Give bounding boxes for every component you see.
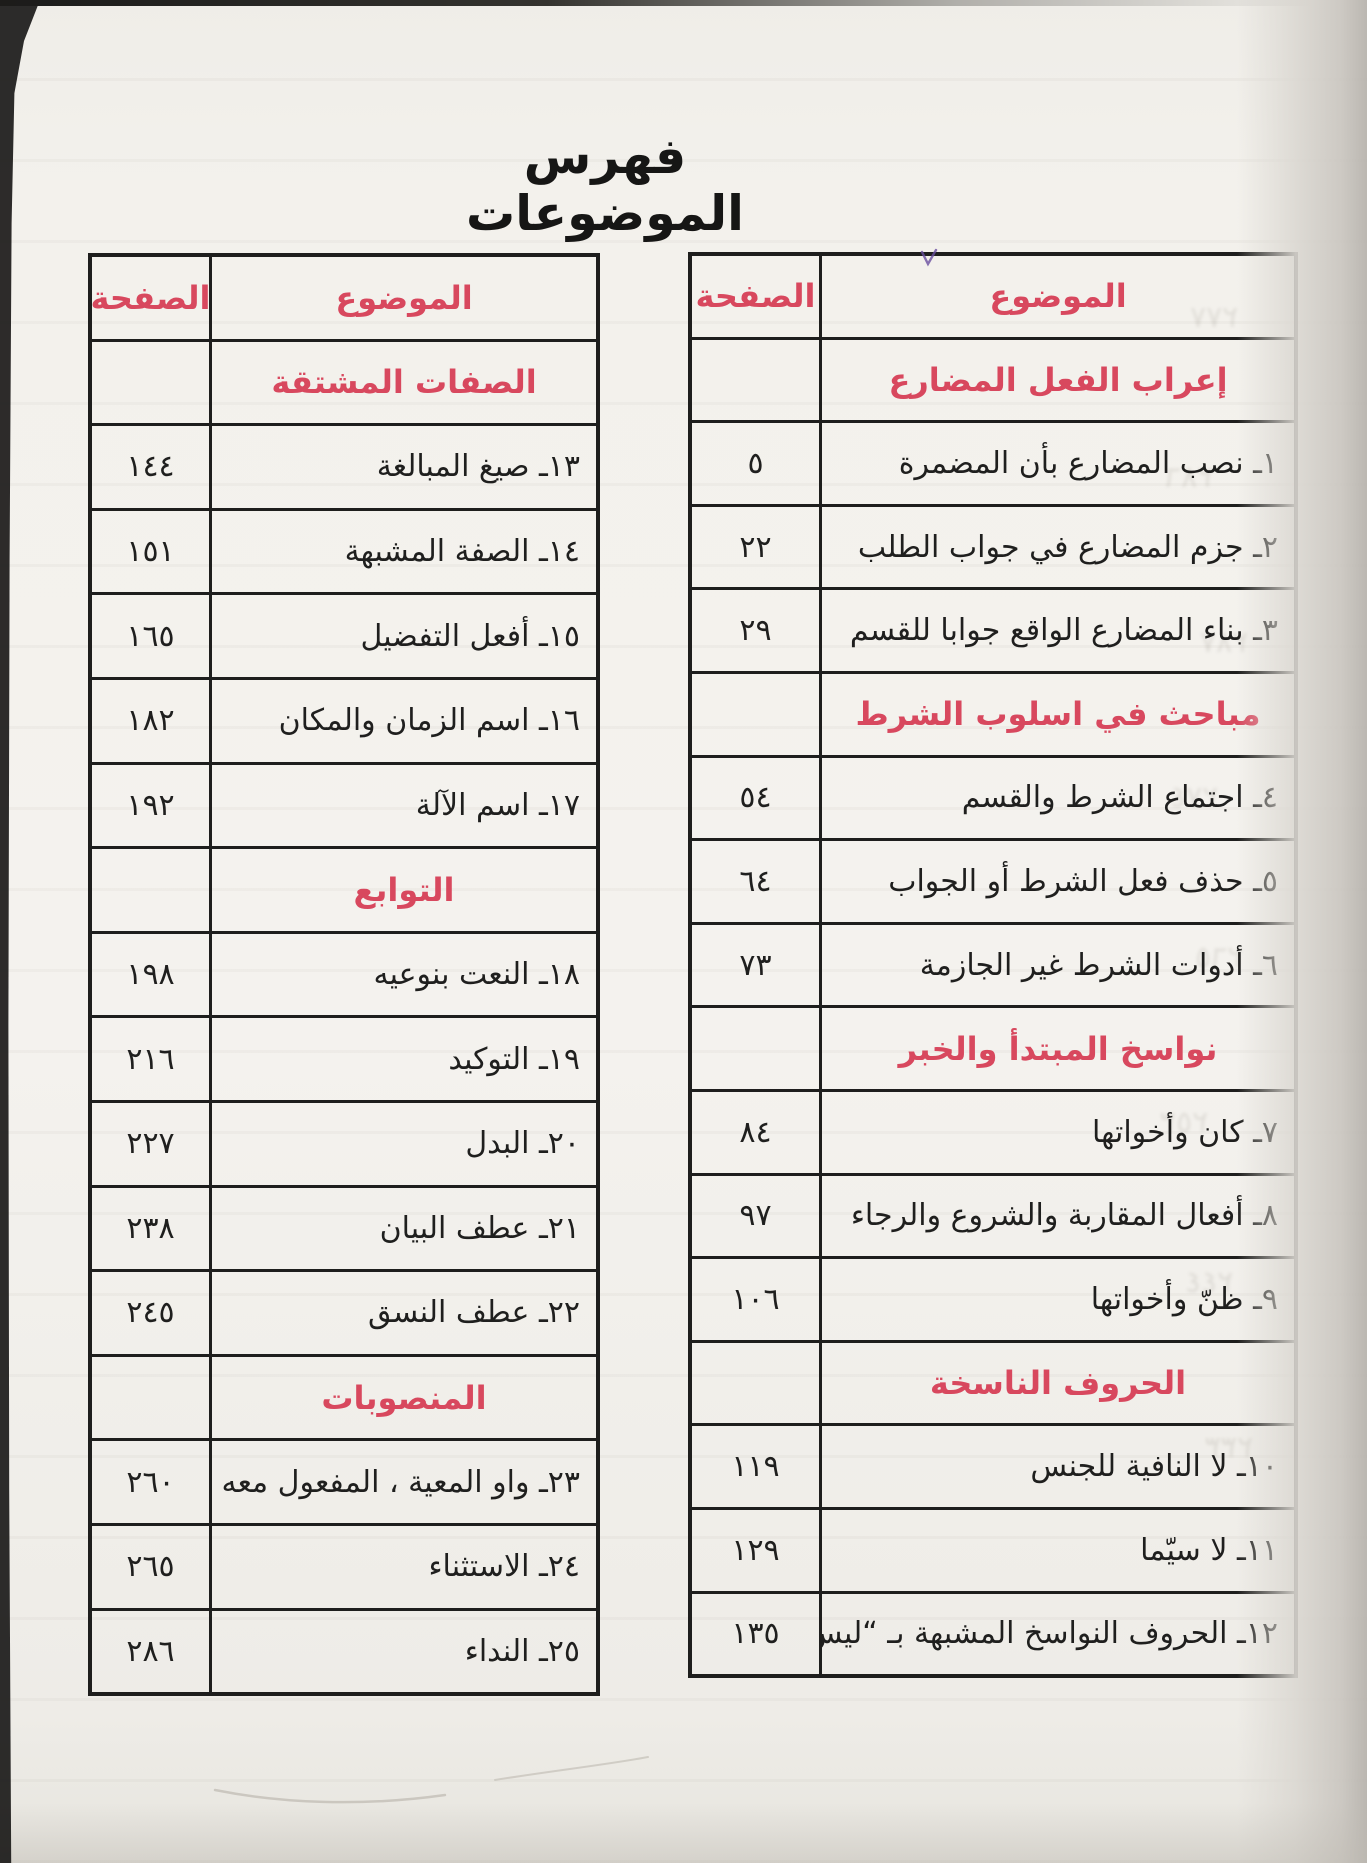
toc-row: ٢١ـ عطف البيان ٢٣٨ xyxy=(92,1185,596,1270)
page-number: ٩٧ xyxy=(739,1198,771,1233)
section-row: نواسخ المبتدأ والخبر xyxy=(692,1005,1294,1089)
page-number: ١٩٢ xyxy=(126,788,174,823)
toc-row: ١٤ـ الصفة المشبهة ١٥١ xyxy=(92,508,596,593)
page-number: ٥ xyxy=(747,446,763,481)
topic-header: الموضوع xyxy=(335,279,472,317)
pen-mark xyxy=(918,246,940,270)
toc-entry: ٢٤ـ الاستثناء xyxy=(428,1549,580,1584)
page-number: ٦٤ xyxy=(739,864,771,899)
toc-entry: ١٣ـ صيغ المبالغة xyxy=(377,449,580,484)
toc-entry: ١٢ـ الحروف النواسخ المشبهة بـ “ليس” xyxy=(819,1616,1278,1651)
toc-row: ١٢ـ الحروف النواسخ المشبهة بـ “ليس” ١٣٥ xyxy=(692,1591,1294,1675)
toc-entry: ٢١ـ عطف البيان xyxy=(380,1211,580,1246)
toc-entry: ٩ـ ظنّ وأخواتها xyxy=(1091,1282,1278,1317)
page-number: ١٨٢ xyxy=(126,703,174,738)
page-number: ٥٤ xyxy=(739,780,771,815)
page-header: الصفحة xyxy=(695,277,815,315)
page-header: الصفحة xyxy=(92,279,209,317)
toc-row: ٢ـ جزم المضارع في جواب الطلب ٢٢ xyxy=(692,504,1294,588)
toc-row: ٢٤ـ الاستثناء ٢٦٥ xyxy=(92,1523,596,1608)
toc-entry: ١٠ـ لا النافية للجنس xyxy=(1030,1449,1278,1484)
page-number: ١٥١ xyxy=(126,534,174,569)
toc-table-left: الموضوع الصفحة الصفات المشتقة ١٣ـ صيغ ال… xyxy=(88,253,600,1696)
section-title: الصفات المشتقة xyxy=(271,363,536,401)
toc-entry: ٦ـ أدوات الشرط غير الجازمة xyxy=(920,948,1278,983)
topic-header-cell: الموضوع xyxy=(819,256,1294,337)
page-number: ١٩٨ xyxy=(126,957,174,992)
toc-row: ١٩ـ التوكيد ٢١٦ xyxy=(92,1015,596,1100)
toc-entry: ٢٥ـ النداء xyxy=(465,1634,580,1669)
toc-entry: ١٨ـ النعت بنوعيه xyxy=(374,957,581,992)
toc-entry: ١ـ نصب المضارع بأن المضمرة xyxy=(899,446,1278,481)
toc-row: ١١ـ لا سيّما ١٢٩ xyxy=(692,1507,1294,1591)
toc-entry: ١٦ـ اسم الزمان والمكان xyxy=(279,703,580,738)
page-number: ١٢٩ xyxy=(731,1533,779,1568)
page-number: ١٦٥ xyxy=(126,619,174,654)
section-row: إعراب الفعل المضارع xyxy=(692,337,1294,421)
toc-entry: ٢٢ـ عطف النسق xyxy=(368,1295,580,1330)
toc-row: ٢٠ـ البدل ٢٢٧ xyxy=(92,1100,596,1185)
section-title: المنصوبات xyxy=(321,1379,486,1417)
scanned-book-page: ٢٧٧ ٢٨٦ ٢٨٧ ٢٧٤ ٢٦٥ ٢٥٣ ٢٤٤ ٢٣٣ فهرس الم… xyxy=(0,0,1367,1863)
toc-row: ٤ـ اجتماع الشرط والقسم ٥٤ xyxy=(692,755,1294,839)
toc-row: ٩ـ ظنّ وأخواتها ١٠٦ xyxy=(692,1256,1294,1340)
page-number: ٧٣ xyxy=(739,948,771,983)
topic-header: الموضوع xyxy=(989,277,1126,315)
section-title: الحروف الناسخة xyxy=(930,1364,1186,1402)
section-row: مباحث في اسلوب الشرط xyxy=(692,671,1294,755)
section-title: مباحث في اسلوب الشرط xyxy=(856,695,1261,733)
page-number: ١٤٤ xyxy=(126,449,174,484)
page-number: ٢١٦ xyxy=(126,1042,174,1077)
section-row: الحروف الناسخة xyxy=(692,1340,1294,1424)
section-row: المنصوبات xyxy=(92,1354,596,1439)
toc-row: ٥ـ حذف فعل الشرط أو الجواب ٦٤ xyxy=(692,838,1294,922)
page-number: ٨٤ xyxy=(739,1115,771,1150)
toc-entry: ٢ـ جزم المضارع في جواب الطلب xyxy=(858,530,1278,565)
toc-entry: ٢٠ـ البدل xyxy=(465,1126,580,1161)
toc-row: ١٣ـ صيغ المبالغة ١٤٤ xyxy=(92,423,596,508)
section-title: التوابع xyxy=(354,871,455,909)
scan-top-edge xyxy=(0,0,1367,6)
toc-entry: ٨ـ أفعال المقاربة والشروع والرجاء xyxy=(851,1198,1278,1233)
page-header-cell: الصفحة xyxy=(92,257,209,339)
section-title: إعراب الفعل المضارع xyxy=(888,361,1227,399)
header-row: الموضوع الصفحة xyxy=(692,256,1294,337)
pencil-stroke xyxy=(100,1735,660,1855)
page-number: ١١٩ xyxy=(731,1449,779,1484)
toc-row: ٨ـ أفعال المقاربة والشروع والرجاء ٩٧ xyxy=(692,1173,1294,1257)
toc-row: ٣ـ بناء المضارع الواقع جوابا للقسم ٢٩ xyxy=(692,587,1294,671)
toc-entry: ١٤ـ الصفة المشبهة xyxy=(345,534,580,569)
toc-entry: ٣ـ بناء المضارع الواقع جوابا للقسم xyxy=(850,613,1278,648)
page-number: ٢٣٨ xyxy=(126,1211,174,1246)
toc-entry: ١٧ـ اسم الآلة xyxy=(416,788,580,823)
page-number: ١٣٥ xyxy=(731,1616,779,1651)
section-row: التوابع xyxy=(92,846,596,931)
header-row: الموضوع الصفحة xyxy=(92,257,596,339)
toc-row: ١٦ـ اسم الزمان والمكان ١٨٢ xyxy=(92,677,596,762)
page-header-cell: الصفحة xyxy=(692,256,819,337)
toc-row: ١٠ـ لا النافية للجنس ١١٩ xyxy=(692,1423,1294,1507)
toc-row: ١٧ـ اسم الآلة ١٩٢ xyxy=(92,762,596,847)
toc-entry: ٤ـ اجتماع الشرط والقسم xyxy=(962,780,1278,815)
toc-row: ٢٢ـ عطف النسق ٢٤٥ xyxy=(92,1269,596,1354)
page-number: ٢٢ xyxy=(739,530,771,565)
toc-entry: ١٩ـ التوكيد xyxy=(448,1042,580,1077)
page-number: ٢٢٧ xyxy=(126,1126,174,1161)
topic-header-cell: الموضوع xyxy=(209,257,596,339)
scan-left-edge xyxy=(0,0,40,1863)
section-title: نواسخ المبتدأ والخبر xyxy=(899,1030,1218,1068)
page-number: ٢٦٠ xyxy=(126,1465,174,1500)
toc-row: ١٥ـ أفعل التفضيل ١٦٥ xyxy=(92,592,596,677)
toc-entry: ٥ـ حذف فعل الشرط أو الجواب xyxy=(888,864,1278,899)
page-number: ٢٦٥ xyxy=(126,1549,174,1584)
toc-row: ٢٣ـ واو المعية ، المفعول معه ٢٦٠ xyxy=(92,1438,596,1523)
toc-row: ١٨ـ النعت بنوعيه ١٩٨ xyxy=(92,931,596,1016)
page-number: ٢٤٥ xyxy=(126,1295,174,1330)
page-number: ٢٨٦ xyxy=(126,1634,174,1669)
page-number: ١٠٦ xyxy=(731,1282,779,1317)
toc-entry: ١٥ـ أفعل التفضيل xyxy=(361,619,580,654)
toc-entry: ٧ـ كان وأخواتها xyxy=(1092,1115,1278,1150)
toc-entry: ١١ـ لا سيّما xyxy=(1140,1533,1278,1568)
toc-row: ١ـ نصب المضارع بأن المضمرة ٥ xyxy=(692,420,1294,504)
toc-row: ٦ـ أدوات الشرط غير الجازمة ٧٣ xyxy=(692,922,1294,1006)
toc-entry: ٢٣ـ واو المعية ، المفعول معه xyxy=(221,1465,580,1500)
toc-row: ٧ـ كان وأخواتها ٨٤ xyxy=(692,1089,1294,1173)
page-title: فهرس الموضوعات xyxy=(395,128,815,242)
toc-table-right: الموضوع الصفحة إعراب الفعل المضارع ١ـ نص… xyxy=(688,252,1298,1678)
page-number: ٢٩ xyxy=(739,613,771,648)
toc-row: ٢٥ـ النداء ٢٨٦ xyxy=(92,1608,596,1693)
section-row: الصفات المشتقة xyxy=(92,339,596,424)
